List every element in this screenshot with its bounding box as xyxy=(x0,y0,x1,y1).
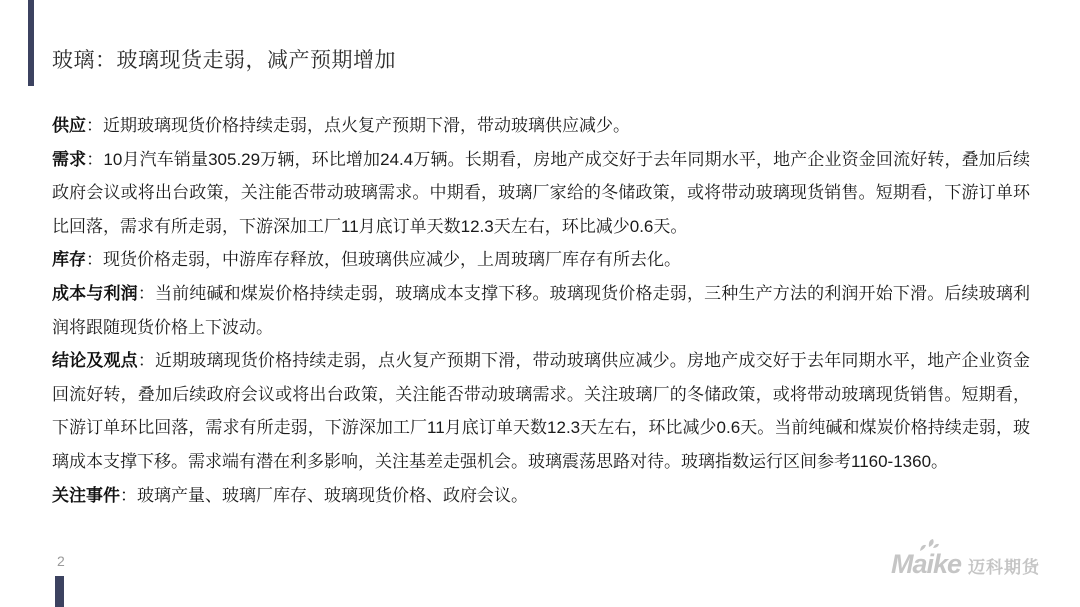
paragraph-text: ：近期玻璃现货价格持续走弱，点火复产预期下滑，带动玻璃供应减少。 xyxy=(86,116,630,135)
logo-chinese-text: 迈科期货 xyxy=(968,553,1040,578)
paragraph-text: ：现货价格走弱，中游库存释放，但玻璃供应减少，上周玻璃厂库存有所去化。 xyxy=(86,250,681,269)
title-accent-bar xyxy=(28,0,34,86)
logo-latin-text: Maike xyxy=(891,549,961,579)
paragraph-label: 供应 xyxy=(52,116,86,135)
paragraph-label: 需求 xyxy=(52,150,86,169)
paragraph-label: 成本与利润 xyxy=(52,284,138,303)
paragraph-text: ：10月汽车销量305.29万辆，环比增加24.4万辆。长期看，房地产成交好于去… xyxy=(52,150,1030,236)
paragraph-label: 库存 xyxy=(52,250,86,269)
paragraph-text: ：近期玻璃现货价格持续走弱，点火复产预期下滑，带动玻璃供应减少。房地产成交好于去… xyxy=(52,351,1030,471)
paragraph-demand: 需求：10月汽车销量305.29万辆，环比增加24.4万辆。长期看，房地产成交好… xyxy=(52,143,1030,244)
paragraph-watch-events: 关注事件：玻璃产量、玻璃厂库存、玻璃现货价格、政府会议。 xyxy=(52,479,1030,513)
paragraph-label: 关注事件 xyxy=(52,486,120,505)
report-slide: 玻璃：玻璃现货走弱，减产预期增加 供应：近期玻璃现货价格持续走弱，点火复产预期下… xyxy=(0,0,1080,607)
paragraph-supply: 供应：近期玻璃现货价格持续走弱，点火复产预期下滑，带动玻璃供应减少。 xyxy=(52,109,1030,143)
report-body: 供应：近期玻璃现货价格持续走弱，点火复产预期下滑，带动玻璃供应减少。 需求：10… xyxy=(52,109,1030,512)
paragraph-inventory: 库存：现货价格走弱，中游库存释放，但玻璃供应减少，上周玻璃厂库存有所去化。 xyxy=(52,243,1030,277)
page-number: 2 xyxy=(57,553,65,569)
page-title: 玻璃：玻璃现货走弱，减产预期增加 xyxy=(52,44,396,74)
paragraph-cost-profit: 成本与利润：当前纯碱和煤炭价格持续走弱，玻璃成本支撑下移。玻璃现货价格走弱，三种… xyxy=(52,277,1030,344)
paragraph-conclusion: 结论及观点：近期玻璃现货价格持续走弱，点火复产预期下滑，带动玻璃供应减少。房地产… xyxy=(52,344,1030,478)
footer-accent-bar xyxy=(55,576,64,607)
paragraph-label: 结论及观点 xyxy=(52,351,138,370)
maike-logo: Maike 迈科期货 xyxy=(891,549,1040,580)
paragraph-text: ：玻璃产量、玻璃厂库存、玻璃现货价格、政府会议。 xyxy=(120,486,528,505)
logo-latin-wrap: Maike xyxy=(891,549,961,580)
paragraph-text: ：当前纯碱和煤炭价格持续走弱，玻璃成本支撑下移。玻璃现货价格走弱，三种生产方法的… xyxy=(52,284,1030,337)
maike-emblem-icon xyxy=(917,539,941,552)
